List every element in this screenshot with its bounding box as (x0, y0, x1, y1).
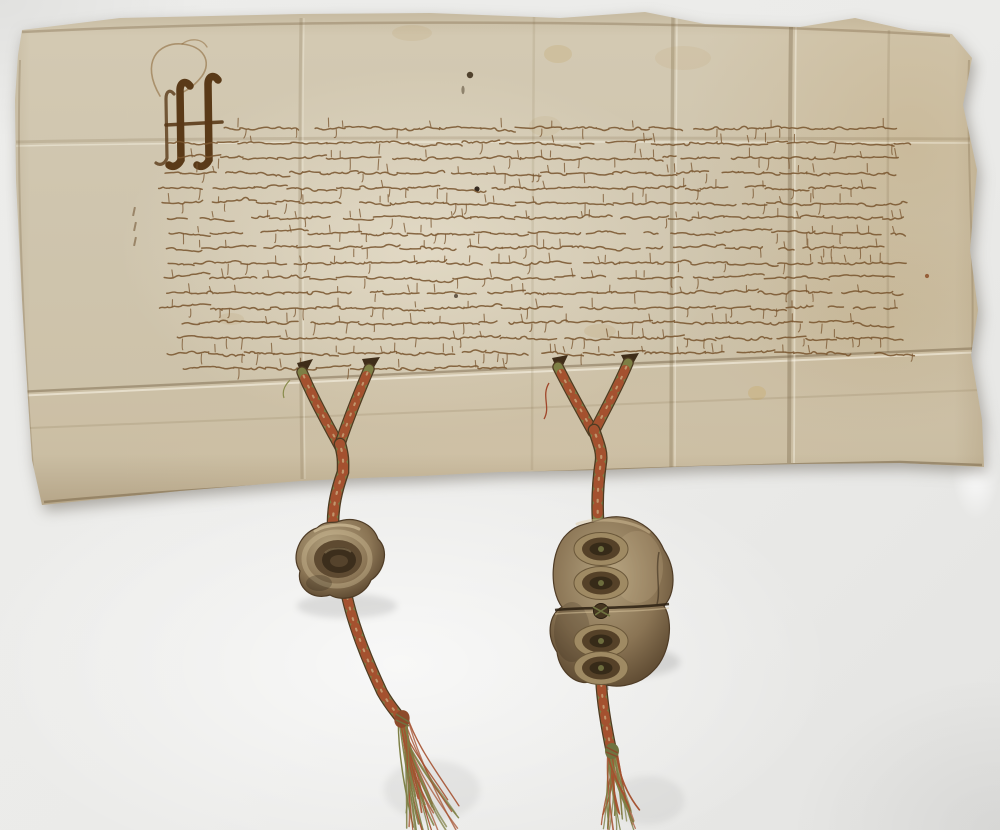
handwritten-text-block (148, 112, 920, 380)
parchment-wrap (0, 0, 1000, 830)
photo-stage (0, 0, 1000, 830)
parchment-charter (0, 0, 1000, 830)
rust-dot (925, 274, 929, 278)
